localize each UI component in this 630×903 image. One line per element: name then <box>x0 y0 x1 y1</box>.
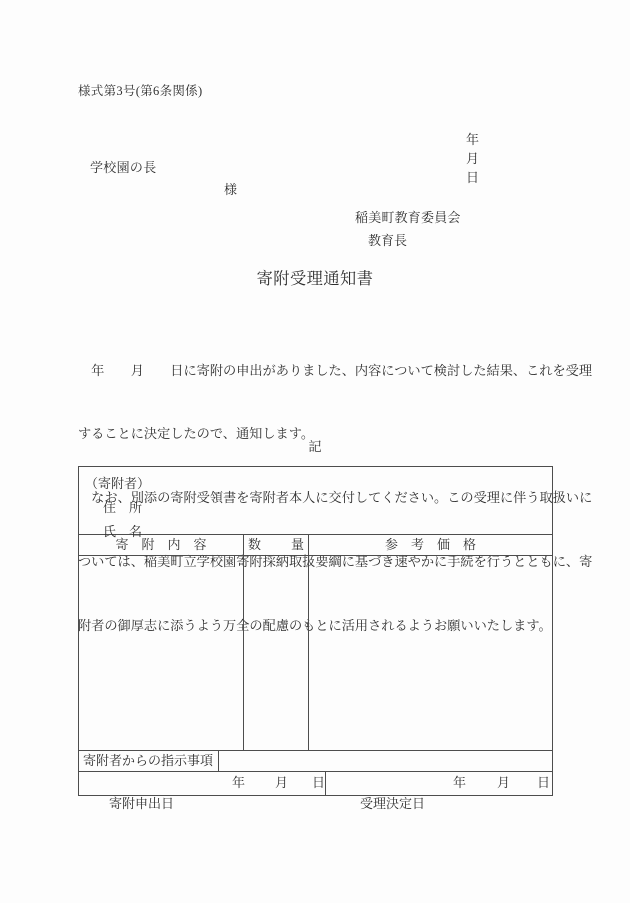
sender-title: 教育長 <box>368 230 407 249</box>
month-label: 月 <box>497 772 510 793</box>
offer-date-label: 寄附申出日 <box>105 796 174 811</box>
reference-price-cell <box>309 556 552 750</box>
month-label: 月 <box>466 151 479 166</box>
column-header-donation-content: 寄附内容 <box>79 535 244 555</box>
donation-offer-date-cell: 寄附申出日 年 月 日 <box>79 772 326 795</box>
table-header-row: 寄附内容 数 量 参考価格 <box>79 535 552 556</box>
addressee-honorific: 様 <box>224 179 237 198</box>
column-header-quantity: 数 量 <box>244 535 309 555</box>
issue-date-line: 年 月 日 <box>453 113 511 202</box>
document-title: 寄附受理通知書 <box>0 265 630 289</box>
donor-info-row: （寄附者） 住 所 氏 名 <box>79 467 552 535</box>
sender-organization: 稲美町教育委員会 <box>355 207 461 226</box>
addressee-name: 学校園の長 <box>90 157 157 176</box>
day-label: 日 <box>537 772 550 793</box>
donor-address-label: 住 所 <box>85 496 552 520</box>
table-body-row <box>79 556 552 751</box>
column-header-reference-price: 参考価格 <box>309 535 552 555</box>
form-number: 様式第3号(第6条関係) <box>78 81 202 99</box>
donor-header-label: （寄附者） <box>85 472 552 496</box>
year-label: 年 <box>453 772 466 793</box>
dates-row: 寄附申出日 年 月 日 受理決定日 年 月 日 <box>79 772 552 795</box>
acceptance-decision-date-cell: 受理決定日 年 月 日 <box>326 772 552 795</box>
body-line: 年 月 日に寄附の申出がありました、内容について検討した結果、これを受理 <box>78 360 558 381</box>
ki-marker: 記 <box>0 436 630 455</box>
decision-date-label: 受理決定日 <box>352 796 425 811</box>
donor-instructions-row: 寄附者からの指示事項 <box>79 751 552 772</box>
donor-instructions-label: 寄附者からの指示事項 <box>79 751 219 771</box>
donation-content-cell <box>79 556 244 750</box>
day-label: 日 <box>312 772 325 793</box>
quantity-cell <box>244 556 309 750</box>
year-label: 年 <box>466 132 479 147</box>
donation-acceptance-notice-document: 様式第3号(第6条関係) 年 月 日 学校園の長 様 稲美町教育委員会 教育長 … <box>0 0 630 903</box>
year-label: 年 <box>232 772 245 793</box>
donation-details-table: （寄附者） 住 所 氏 名 寄附内容 数 量 参考価格 寄附者からの指示事項 寄… <box>78 466 553 796</box>
donor-instructions-value-cell <box>219 751 552 771</box>
month-label: 月 <box>275 772 288 793</box>
day-label: 日 <box>466 170 479 185</box>
